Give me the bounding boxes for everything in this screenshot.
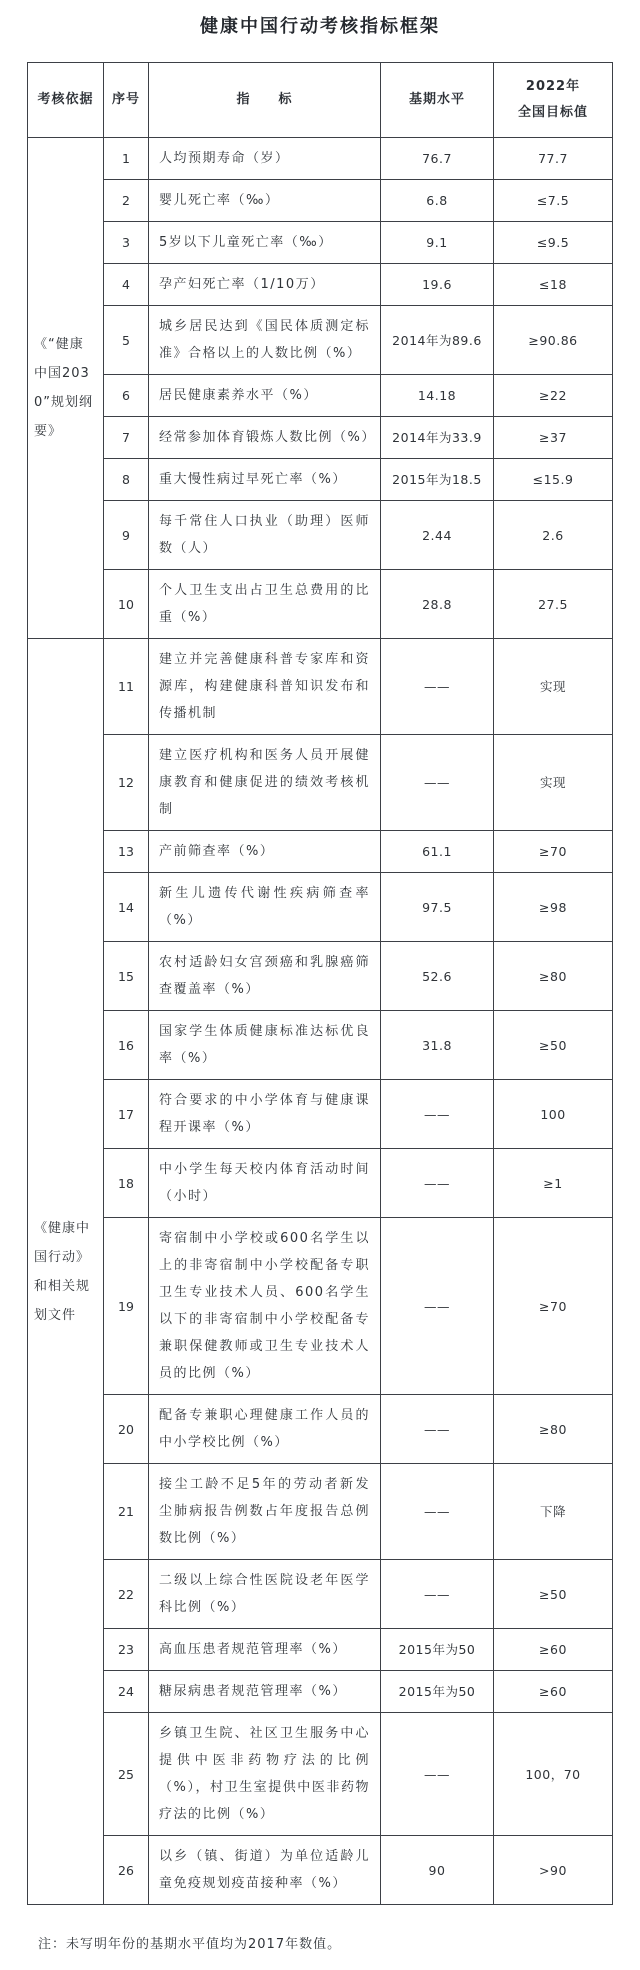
baseline-cell: ——: [381, 1560, 494, 1629]
baseline-cell: ——: [381, 1080, 494, 1149]
target-value-cell: 27.5: [494, 570, 613, 639]
serial-number-cell: 23: [104, 1629, 149, 1671]
target-value-cell: 77.7: [494, 138, 613, 180]
serial-number-cell: 26: [104, 1836, 149, 1905]
indicator-cell: 建立并完善健康科普专家库和资源库，构建健康科普知识发布和传播机制: [149, 639, 381, 735]
serial-number-cell: 24: [104, 1671, 149, 1713]
table-row: 7经常参加体育锻炼人数比例（%）2014年为33.9≥37: [28, 417, 613, 459]
table-row: 26以乡（镇、街道）为单位适龄儿童免疫规划疫苗接种率（%）90>90: [28, 1836, 613, 1905]
target-value-cell: 实现: [494, 639, 613, 735]
baseline-cell: ——: [381, 1464, 494, 1560]
target-value-cell: ≤18: [494, 264, 613, 306]
table-row: 2婴儿死亡率（‰）6.8≤7.5: [28, 180, 613, 222]
baseline-cell: 2015年为50: [381, 1671, 494, 1713]
serial-number-cell: 25: [104, 1713, 149, 1836]
baseline-cell: 2014年为89.6: [381, 306, 494, 375]
serial-number-cell: 20: [104, 1395, 149, 1464]
indicator-cell: 城乡居民达到《国民体质测定标准》合格以上的人数比例（%）: [149, 306, 381, 375]
baseline-cell: ——: [381, 1713, 494, 1836]
serial-number-cell: 13: [104, 831, 149, 873]
target-value-cell: ≤9.5: [494, 222, 613, 264]
baseline-cell: 2.44: [381, 501, 494, 570]
indicator-cell: 居民健康素养水平（%）: [149, 375, 381, 417]
target-value-cell: ≥70: [494, 1218, 613, 1395]
table-row: 13产前筛查率（%）61.1≥70: [28, 831, 613, 873]
table-row: 8重大慢性病过早死亡率（%）2015年为18.5≤15.9: [28, 459, 613, 501]
indicator-cell: 5岁以下儿童死亡率（‰）: [149, 222, 381, 264]
target-value-cell: 100，70: [494, 1713, 613, 1836]
serial-number-cell: 8: [104, 459, 149, 501]
baseline-cell: 2015年为18.5: [381, 459, 494, 501]
indicator-cell: 农村适龄妇女宫颈癌和乳腺癌筛查覆盖率（%）: [149, 942, 381, 1011]
serial-number-cell: 12: [104, 735, 149, 831]
target-value-cell: ≤15.9: [494, 459, 613, 501]
target-value-cell: ≥70: [494, 831, 613, 873]
target-value-cell: ≥50: [494, 1560, 613, 1629]
serial-number-cell: 6: [104, 375, 149, 417]
header-target: 2022年 全国目标值: [494, 63, 613, 138]
table-row: 5城乡居民达到《国民体质测定标准》合格以上的人数比例（%）2014年为89.6≥…: [28, 306, 613, 375]
serial-number-cell: 19: [104, 1218, 149, 1395]
serial-number-cell: 2: [104, 180, 149, 222]
indicator-table-body: 《“健康中国2030”规划纲要》1人均预期寿命（岁）76.777.72婴儿死亡率…: [28, 138, 613, 1905]
table-row: 《健康中国行动》和相关规划文件11建立并完善健康科普专家库和资源库，构建健康科普…: [28, 639, 613, 735]
baseline-cell: ——: [381, 1395, 494, 1464]
baseline-cell: 2015年为50: [381, 1629, 494, 1671]
header-target-label: 全国目标值: [497, 100, 609, 126]
indicator-cell: 糖尿病患者规范管理率（%）: [149, 1671, 381, 1713]
table-row: 21接尘工龄不足5年的劳动者新发尘肺病报告例数占年度报告总例数比例（%）——下降: [28, 1464, 613, 1560]
indicator-cell: 建立医疗机构和医务人员开展健康教育和健康促进的绩效考核机制: [149, 735, 381, 831]
indicator-cell: 产前筛查率（%）: [149, 831, 381, 873]
target-value-cell: 实现: [494, 735, 613, 831]
baseline-cell: ——: [381, 1149, 494, 1218]
target-value-cell: ≥50: [494, 1011, 613, 1080]
target-value-cell: ≥80: [494, 1395, 613, 1464]
baseline-cell: 76.7: [381, 138, 494, 180]
target-value-cell: 下降: [494, 1464, 613, 1560]
table-row: 12建立医疗机构和医务人员开展健康教育和健康促进的绩效考核机制——实现: [28, 735, 613, 831]
table-header-row: 考核依据 序号 指 标 基期水平 2022年 全国目标值: [28, 63, 613, 138]
table-row: 23高血压患者规范管理率（%）2015年为50≥60: [28, 1629, 613, 1671]
table-row: 6居民健康素养水平（%）14.18≥22: [28, 375, 613, 417]
baseline-cell: 2014年为33.9: [381, 417, 494, 459]
indicator-cell: 婴儿死亡率（‰）: [149, 180, 381, 222]
header-baseline: 基期水平: [381, 63, 494, 138]
serial-number-cell: 15: [104, 942, 149, 1011]
table-row: 24糖尿病患者规范管理率（%）2015年为50≥60: [28, 1671, 613, 1713]
table-row: 14新生儿遗传代谢性疾病筛查率（%）97.5≥98: [28, 873, 613, 942]
table-row: 4孕产妇死亡率（1/10万）19.6≤18: [28, 264, 613, 306]
serial-number-cell: 7: [104, 417, 149, 459]
indicator-cell: 以乡（镇、街道）为单位适龄儿童免疫规划疫苗接种率（%）: [149, 1836, 381, 1905]
baseline-cell: ——: [381, 735, 494, 831]
indicator-cell: 重大慢性病过早死亡率（%）: [149, 459, 381, 501]
indicator-cell: 每千常住人口执业（助理）医师数（人）: [149, 501, 381, 570]
target-value-cell: ≥98: [494, 873, 613, 942]
indicator-cell: 高血压患者规范管理率（%）: [149, 1629, 381, 1671]
table-row: 9每千常住人口执业（助理）医师数（人）2.442.6: [28, 501, 613, 570]
serial-number-cell: 4: [104, 264, 149, 306]
table-row: 15农村适龄妇女宫颈癌和乳腺癌筛查覆盖率（%）52.6≥80: [28, 942, 613, 1011]
serial-number-cell: 14: [104, 873, 149, 942]
serial-number-cell: 3: [104, 222, 149, 264]
target-value-cell: ≥60: [494, 1629, 613, 1671]
baseline-cell: ——: [381, 639, 494, 735]
baseline-cell: 97.5: [381, 873, 494, 942]
table-row: 17符合要求的中小学体育与健康课程开课率（%）——100: [28, 1080, 613, 1149]
target-value-cell: ≥60: [494, 1671, 613, 1713]
document-page: 健康中国行动考核指标框架 考核依据 序号 指 标 基期水平 2022年 全国目标…: [0, 0, 640, 1952]
table-row: 19寄宿制中小学校或600名学生以上的非寄宿制中小学校配备专职卫生专业技术人员、…: [28, 1218, 613, 1395]
indicator-cell: 国家学生体质健康标准达标优良率（%）: [149, 1011, 381, 1080]
serial-number-cell: 18: [104, 1149, 149, 1218]
indicator-cell: 配备专兼职心理健康工作人员的中小学校比例（%）: [149, 1395, 381, 1464]
indicator-cell: 个人卫生支出占卫生总费用的比重（%）: [149, 570, 381, 639]
serial-number-cell: 1: [104, 138, 149, 180]
baseline-cell: 52.6: [381, 942, 494, 1011]
baseline-cell: 31.8: [381, 1011, 494, 1080]
assessment-basis-cell: 《“健康中国2030”规划纲要》: [28, 138, 104, 639]
serial-number-cell: 22: [104, 1560, 149, 1629]
indicator-cell: 符合要求的中小学体育与健康课程开课率（%）: [149, 1080, 381, 1149]
target-value-cell: ≥80: [494, 942, 613, 1011]
baseline-cell: ——: [381, 1218, 494, 1395]
target-value-cell: ≥22: [494, 375, 613, 417]
table-row: 16国家学生体质健康标准达标优良率（%）31.8≥50: [28, 1011, 613, 1080]
table-row: 22二级以上综合性医院设老年医学科比例（%）——≥50: [28, 1560, 613, 1629]
serial-number-cell: 5: [104, 306, 149, 375]
indicator-cell: 接尘工龄不足5年的劳动者新发尘肺病报告例数占年度报告总例数比例（%）: [149, 1464, 381, 1560]
indicator-cell: 中小学生每天校内体育活动时间（小时）: [149, 1149, 381, 1218]
target-value-cell: >90: [494, 1836, 613, 1905]
footnote: 注：未写明年份的基期水平值均为2017年数值。: [38, 1933, 640, 1952]
serial-number-cell: 17: [104, 1080, 149, 1149]
serial-number-cell: 16: [104, 1011, 149, 1080]
target-value-cell: 100: [494, 1080, 613, 1149]
header-serial-number: 序号: [104, 63, 149, 138]
target-value-cell: ≥90.86: [494, 306, 613, 375]
baseline-cell: 6.8: [381, 180, 494, 222]
baseline-cell: 90: [381, 1836, 494, 1905]
table-row: 《“健康中国2030”规划纲要》1人均预期寿命（岁）76.777.7: [28, 138, 613, 180]
table-row: 25乡镇卫生院、社区卫生服务中心提供中医非药物疗法的比例（%），村卫生室提供中医…: [28, 1713, 613, 1836]
header-assessment-basis: 考核依据: [28, 63, 104, 138]
page-title: 健康中国行动考核指标框架: [0, 12, 640, 38]
baseline-cell: 9.1: [381, 222, 494, 264]
baseline-cell: 14.18: [381, 375, 494, 417]
serial-number-cell: 10: [104, 570, 149, 639]
target-value-cell: ≥1: [494, 1149, 613, 1218]
baseline-cell: 61.1: [381, 831, 494, 873]
indicator-table: 考核依据 序号 指 标 基期水平 2022年 全国目标值 《“健康中国2030”…: [27, 62, 613, 1905]
table-row: 35岁以下儿童死亡率（‰）9.1≤9.5: [28, 222, 613, 264]
assessment-basis-cell: 《健康中国行动》和相关规划文件: [28, 639, 104, 1905]
header-target-year: 2022年: [497, 74, 609, 100]
indicator-cell: 经常参加体育锻炼人数比例（%）: [149, 417, 381, 459]
target-value-cell: 2.6: [494, 501, 613, 570]
table-row: 18中小学生每天校内体育活动时间（小时）——≥1: [28, 1149, 613, 1218]
header-indicator: 指 标: [149, 63, 381, 138]
target-value-cell: ≤7.5: [494, 180, 613, 222]
serial-number-cell: 9: [104, 501, 149, 570]
indicator-cell: 新生儿遗传代谢性疾病筛查率（%）: [149, 873, 381, 942]
indicator-cell: 孕产妇死亡率（1/10万）: [149, 264, 381, 306]
indicator-cell: 二级以上综合性医院设老年医学科比例（%）: [149, 1560, 381, 1629]
indicator-cell: 乡镇卫生院、社区卫生服务中心提供中医非药物疗法的比例（%），村卫生室提供中医非药…: [149, 1713, 381, 1836]
baseline-cell: 28.8: [381, 570, 494, 639]
table-row: 10个人卫生支出占卫生总费用的比重（%）28.827.5: [28, 570, 613, 639]
table-row: 20配备专兼职心理健康工作人员的中小学校比例（%）——≥80: [28, 1395, 613, 1464]
indicator-cell: 人均预期寿命（岁）: [149, 138, 381, 180]
baseline-cell: 19.6: [381, 264, 494, 306]
indicator-cell: 寄宿制中小学校或600名学生以上的非寄宿制中小学校配备专职卫生专业技术人员、60…: [149, 1218, 381, 1395]
serial-number-cell: 21: [104, 1464, 149, 1560]
serial-number-cell: 11: [104, 639, 149, 735]
target-value-cell: ≥37: [494, 417, 613, 459]
